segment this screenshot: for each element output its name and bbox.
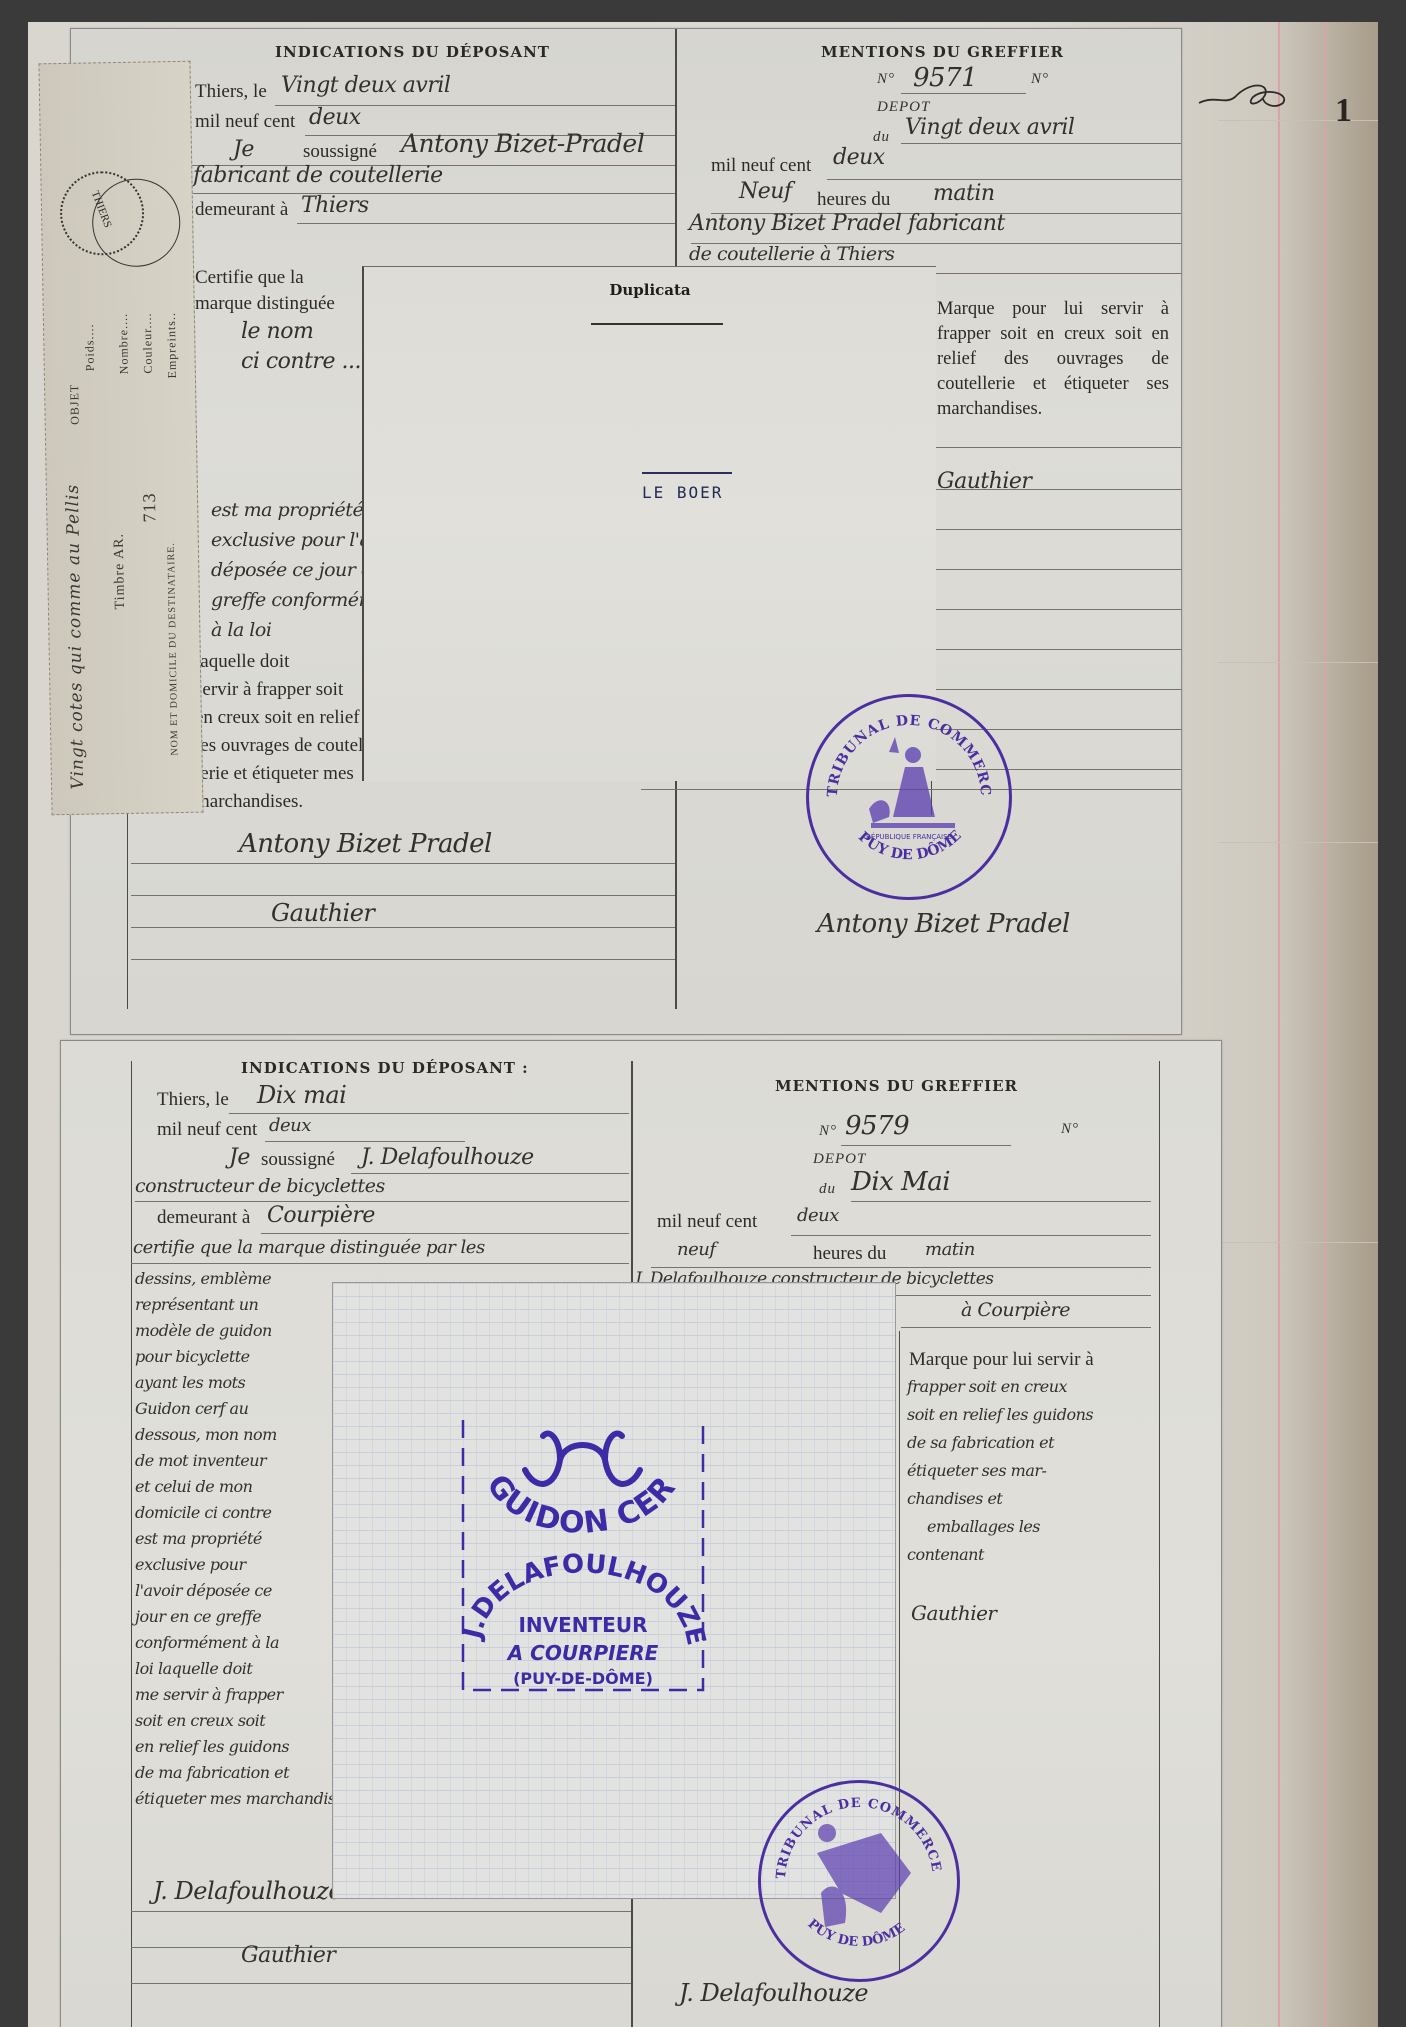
body-line: modèle de guidon xyxy=(135,1321,272,1340)
form-rule xyxy=(351,1173,629,1174)
signature-deposant: Antony Bizet Pradel xyxy=(239,829,492,859)
year-handwritten: deux xyxy=(309,105,361,130)
name-handwritten: Antony Bizet-Pradel xyxy=(401,129,644,158)
deposant-header: INDICATIONS DU DÉPOSANT : xyxy=(241,1059,529,1077)
ruled-line xyxy=(1218,120,1378,121)
seal-emblem-icon: TRIBUNAL DE COMMERCE DE THIERS PUY DE DÔ… xyxy=(761,1783,957,1979)
form-rule xyxy=(131,1263,629,1264)
form-rule xyxy=(261,1233,629,1234)
body-line: étiqueter mes marchandises xyxy=(135,1789,352,1808)
marque-handwritten: frapper soit en creux xyxy=(907,1377,1067,1396)
body-line: de mot inventeur xyxy=(135,1451,266,1470)
body-line: est ma propriété xyxy=(135,1529,262,1548)
greffier-header: MENTIONS DU GREFFIER xyxy=(821,43,1064,61)
body-line: jour en ce greffe xyxy=(135,1607,261,1626)
page-number: 1 xyxy=(1335,92,1352,130)
form-rule xyxy=(171,193,675,194)
place-label: Thiers, le xyxy=(157,1089,229,1111)
propriete-handwritten: est ma propriété xyxy=(211,499,363,521)
city-handwritten: Courpière xyxy=(267,1203,375,1228)
form-rule xyxy=(931,447,1181,448)
guidon-cerf-trademark-stamp: GUIDON CERF J.DELAFOULHOUZE INVENTEUR A … xyxy=(455,1410,710,1700)
demeurant-label: demeurant à xyxy=(195,199,288,221)
deposant-header: INDICATIONS DU DÉPOSANT xyxy=(275,43,550,61)
signature-deposant-right: J. Delafoulhouze xyxy=(679,1979,868,2007)
body-line: conformément à la xyxy=(135,1633,279,1652)
receipt-field: Poids.... xyxy=(82,323,98,371)
year-handwritten: deux xyxy=(269,1115,311,1136)
year-label: mil neuf cent xyxy=(195,111,295,133)
marque-handwritten: emballages les xyxy=(927,1517,1040,1536)
body-line: ayant les mots xyxy=(135,1373,245,1392)
no-label-right: N° xyxy=(1031,71,1049,88)
city-handwritten: Thiers xyxy=(301,193,369,218)
year-label: mil neuf cent xyxy=(711,155,811,177)
form-rule xyxy=(827,179,1181,180)
mark-rule xyxy=(642,472,732,474)
demeurant-label: demeurant à xyxy=(157,1207,250,1229)
printed-tail: les ouvrages de coutel- xyxy=(195,735,370,757)
body-line: dessins, emblème xyxy=(135,1269,271,1288)
heures-label: heures du xyxy=(817,189,890,211)
signature-deposant: J. Delafoulhouze xyxy=(153,1877,342,1905)
svg-text:GUIDON CERF: GUIDON CERF xyxy=(455,1410,683,1541)
signature-deposant-right: Antony Bizet Pradel xyxy=(817,909,1070,939)
receipt-handwritten: Vingt cotes qui comme au Pellis xyxy=(63,484,88,790)
margin-line xyxy=(1278,22,1280,2027)
tribunal-seal-1: TRIBUNAL DE COMMERCE DE THIERS PUY DE DÔ… xyxy=(806,694,1012,900)
body-line: et celui de mon xyxy=(135,1477,252,1496)
body-line: domicile ci contre xyxy=(135,1503,272,1522)
place-label: Thiers, le xyxy=(195,81,267,103)
svg-text:A COURPIERE: A COURPIERE xyxy=(506,1641,659,1665)
right-border xyxy=(1159,1061,1160,2027)
du-label: du xyxy=(819,1181,836,1198)
left-border xyxy=(127,799,128,1009)
form-rule xyxy=(131,895,675,896)
form-rule xyxy=(851,1201,1151,1202)
body-line: pour bicyclette xyxy=(135,1347,250,1366)
body-line: me servir à frapper xyxy=(135,1685,283,1704)
ruled-line xyxy=(1218,842,1378,843)
form-rule xyxy=(931,609,1181,610)
heures-label: heures du xyxy=(813,1243,886,1265)
profession-handwritten: constructeur de bicyclettes xyxy=(135,1175,385,1197)
printed-tail: marchandises. xyxy=(195,791,303,813)
name-handwritten: J. Delafoulhouze xyxy=(361,1145,534,1170)
body-line: de ma fabrication et xyxy=(135,1763,289,1782)
deposit-number: 9579 xyxy=(845,1111,909,1141)
registered-mail-receipt: THIERS OBJET Poids.... Nombre.... Couleu… xyxy=(38,61,203,816)
body-line: soit en creux soit xyxy=(135,1711,265,1730)
year-label: mil neuf cent xyxy=(157,1119,257,1141)
tribunal-seal-2: TRIBUNAL DE COMMERCE DE THIERS PUY DE DÔ… xyxy=(758,1780,960,1982)
svg-text:RÉPUBLIQUE FRANÇAISE: RÉPUBLIQUE FRANÇAISE xyxy=(866,832,952,841)
form-rule xyxy=(901,1327,1151,1328)
recipient-label: NOM ET DOMICILE DU DESTINATAIRE. xyxy=(166,542,181,756)
body-line: Guidon cerf au xyxy=(135,1399,248,1418)
signature-greffier: Gauthier xyxy=(241,1943,335,1968)
year-handwritten: deux xyxy=(833,145,885,170)
hour-handwritten: Neuf xyxy=(739,179,792,204)
je-handwritten: Je xyxy=(233,137,254,162)
marque-handwritten: de sa fabrication et xyxy=(907,1433,1054,1452)
period-handwritten: matin xyxy=(925,1239,975,1260)
seal-emblem-icon: TRIBUNAL DE COMMERCE DE THIERS PUY DE DÔ… xyxy=(809,697,1009,897)
deposit-number: 9571 xyxy=(913,63,977,93)
marque-handwritten: chandises et xyxy=(907,1489,1002,1508)
printed-tail: en creux soit en relief xyxy=(195,707,360,729)
form-rule xyxy=(297,223,675,224)
name-line2-handwritten: à Courpière xyxy=(961,1299,1070,1321)
receipt-field: Nombre.... xyxy=(116,313,132,375)
form-rule xyxy=(131,1947,631,1948)
svg-text:TRIBUNAL DE COMMERCE DE THIERS: TRIBUNAL DE COMMERCE DE THIERS xyxy=(809,697,993,797)
marque-handwritten: contenant xyxy=(907,1545,984,1564)
je-handwritten: Je xyxy=(229,1145,250,1170)
depot-date: Dix Mai xyxy=(851,1167,950,1197)
name-line2-handwritten: de coutellerie à Thiers xyxy=(689,243,894,265)
receipt-field: Couleur.... xyxy=(140,312,156,373)
depot-date: Vingt deux avril xyxy=(905,115,1074,140)
form-rule xyxy=(931,689,1181,690)
trademark-le-boer: LE BOER xyxy=(642,483,723,502)
depot-label: DEPOT xyxy=(877,99,930,116)
no-label: N° xyxy=(819,1123,837,1140)
form-rule xyxy=(931,569,1181,570)
signature-greffier: Gauthier xyxy=(937,469,1031,494)
form-rule xyxy=(931,529,1181,530)
marque-handwritten: soit en relief les guidons xyxy=(907,1405,1093,1424)
body-line: dessous, mon nom xyxy=(135,1425,277,1444)
greffier-header: MENTIONS DU GREFFIER xyxy=(775,1077,1018,1095)
body-line: représentant un xyxy=(135,1295,258,1314)
marque-printed: Marque pour lui servir à xyxy=(909,1349,1094,1371)
svg-text:(PUY-DE-DÔME): (PUY-DE-DÔME) xyxy=(513,1669,653,1688)
body-line: l'avoir déposée ce xyxy=(135,1581,272,1600)
objet-label: OBJET xyxy=(67,384,83,425)
certifie-line: marque distinguée xyxy=(195,293,335,315)
marque-handwritten: étiqueter ses mar- xyxy=(907,1461,1046,1480)
marque-text: Marque pour lui servir à frapper soit en… xyxy=(937,297,1169,422)
certifie-handwritten: le nom xyxy=(241,319,313,344)
corner-paraph-icon xyxy=(1195,75,1305,115)
profession-handwritten: fabricant de coutellerie xyxy=(193,163,443,188)
form-rule xyxy=(131,1983,631,1984)
printed-tail: servir à frapper soit xyxy=(195,679,343,701)
form-rule xyxy=(131,863,675,864)
soussigne-label: soussigné xyxy=(303,141,377,163)
body-line: exclusive pour xyxy=(135,1555,246,1574)
period-handwritten: matin xyxy=(933,181,995,206)
printed-tail: lerie et étiqueter mes xyxy=(195,763,354,785)
form-rule xyxy=(931,649,1181,650)
certifie-line: Certifie que la xyxy=(195,267,304,289)
form-rule xyxy=(265,1141,465,1142)
year-handwritten: deux xyxy=(797,1205,839,1226)
form-rule xyxy=(135,1201,629,1202)
name-line-handwritten: Antony Bizet Pradel fabricant xyxy=(689,211,1005,236)
no-label-right: N° xyxy=(1061,1121,1079,1138)
form-rule xyxy=(901,143,1181,144)
handlebar-icon xyxy=(525,1433,640,1483)
receipt-number: 713 xyxy=(139,492,161,522)
depot-label: DEPOT xyxy=(813,1151,866,1168)
svg-text:INVENTEUR: INVENTEUR xyxy=(518,1613,647,1637)
margin-line xyxy=(1324,22,1326,2027)
form-rule xyxy=(131,1911,631,1912)
certifie-handwritten: ci contre ... xyxy=(241,349,361,374)
receipt-field: Empreints.. xyxy=(164,312,180,379)
form-rule xyxy=(841,1145,1011,1146)
date-handwritten: Vingt deux avril xyxy=(281,73,450,98)
year-label: mil neuf cent xyxy=(657,1211,757,1233)
no-label: N° xyxy=(877,71,895,88)
du-label: du xyxy=(873,129,890,146)
duplicata-title: Duplicata xyxy=(364,281,936,299)
signature-greffier: Gauthier xyxy=(271,899,374,927)
certifie-handwritten: certifie que la marque distinguée par le… xyxy=(133,1237,485,1258)
ruled-line xyxy=(1218,1242,1378,1243)
form-rule xyxy=(791,1235,1151,1236)
svg-text:PUY DE DÔME: PUY DE DÔME xyxy=(805,1916,909,1950)
left-border xyxy=(131,1061,132,2027)
soussigne-label: soussigné xyxy=(261,1149,335,1171)
form-rule xyxy=(651,1267,1151,1268)
date-handwritten: Dix mai xyxy=(257,1081,346,1109)
body-line: loi laquelle doit xyxy=(135,1659,252,1678)
title-rule xyxy=(591,323,723,325)
propriete-handwritten: à la loi xyxy=(211,619,271,641)
form-rule xyxy=(131,959,675,960)
form-rule xyxy=(229,1113,629,1114)
form-rule xyxy=(131,927,675,928)
hour-handwritten: neuf xyxy=(677,1239,716,1260)
signature-greffier-right: Gauthier xyxy=(911,1601,997,1625)
form-rule xyxy=(901,93,1026,94)
ruled-line xyxy=(1218,662,1378,663)
printed-tail: laquelle doit xyxy=(195,651,289,673)
body-line: en relief les guidons xyxy=(135,1737,289,1756)
timbre-label: Timbre AR. xyxy=(112,533,129,610)
